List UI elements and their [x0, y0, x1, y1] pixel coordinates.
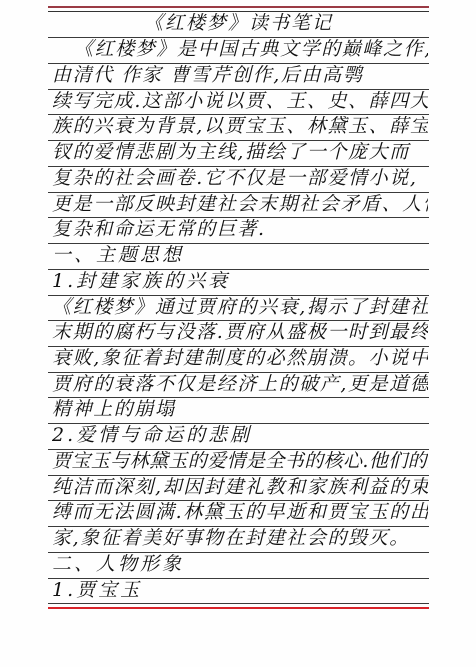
text-line-15: 精神上的崩塌 — [52, 397, 428, 423]
text-line-1: 《红楼梦》是中国古典文学的巅峰之作, — [52, 37, 428, 63]
text-line-18: 纯洁而深刻,却因封建礼教和家族利益的束 — [52, 475, 428, 501]
text-line-4: 族的兴衰为背景,以贾宝玉、林黛玉、薛宝 — [52, 114, 428, 140]
text-line-14: 贾府的衰落不仅是经济上的破产,更是道德和 — [52, 372, 428, 398]
bottom-rule — [48, 603, 429, 604]
text-line-12: 末期的腐朽与没落.贾府从盛极一时到最终 — [52, 320, 428, 346]
text-line-11: 《红楼梦》通过贾府的兴衰,揭示了封建社会 — [52, 295, 428, 321]
text-line-13: 衰败,象征着封建制度的必然崩溃。小说中, — [52, 346, 428, 372]
text-line-7: 更是一部反映封建社会末期社会矛盾、人性 — [52, 192, 428, 218]
bottom-margin-red-rule — [48, 607, 429, 609]
subheading-family-rise-fall: 1.封建家族的兴衰 — [52, 269, 428, 295]
text-line-2: 由清代 作家 曹雪芹创作,后由高鹗 — [52, 63, 428, 89]
text-line-5: 钗的爱情悲剧为主线,描绘了一个庞大而 — [52, 140, 428, 166]
section-heading-theme: 一、主题思想 — [52, 243, 428, 269]
text-line-19: 缚而无法圆满.林黛玉的早逝和贾宝玉的出 — [52, 500, 428, 526]
text-line-20: 家,象征着美好事物在封建社会的毁灭。 — [52, 526, 428, 552]
text-line-8: 复杂和命运无常的巨著. — [52, 217, 428, 243]
subheading-love-tragedy: 2.爱情与命运的悲剧 — [52, 423, 428, 449]
top-margin-red-rule — [48, 6, 429, 8]
text-line-3: 续写完成.这部小说以贾、王、史、薛四大家 — [52, 89, 428, 115]
notebook-page: 《红楼梦》读书笔记 《红楼梦》是中国古典文学的巅峰之作, 由清代 作家 曹雪芹创… — [0, 0, 476, 667]
page-title: 《红楼梦》读书笔记 — [48, 11, 429, 37]
section-heading-characters: 二、人物形象 — [52, 552, 428, 578]
text-line-17: 贾宝玉与林黛玉的爱情是全书的核心.他们的爱情 — [52, 449, 428, 475]
subheading-jia-baoyu: 1.贾宝玉 — [52, 578, 428, 604]
text-line-6: 复杂的社会画卷.它不仅是一部爱情小说, — [52, 166, 428, 192]
